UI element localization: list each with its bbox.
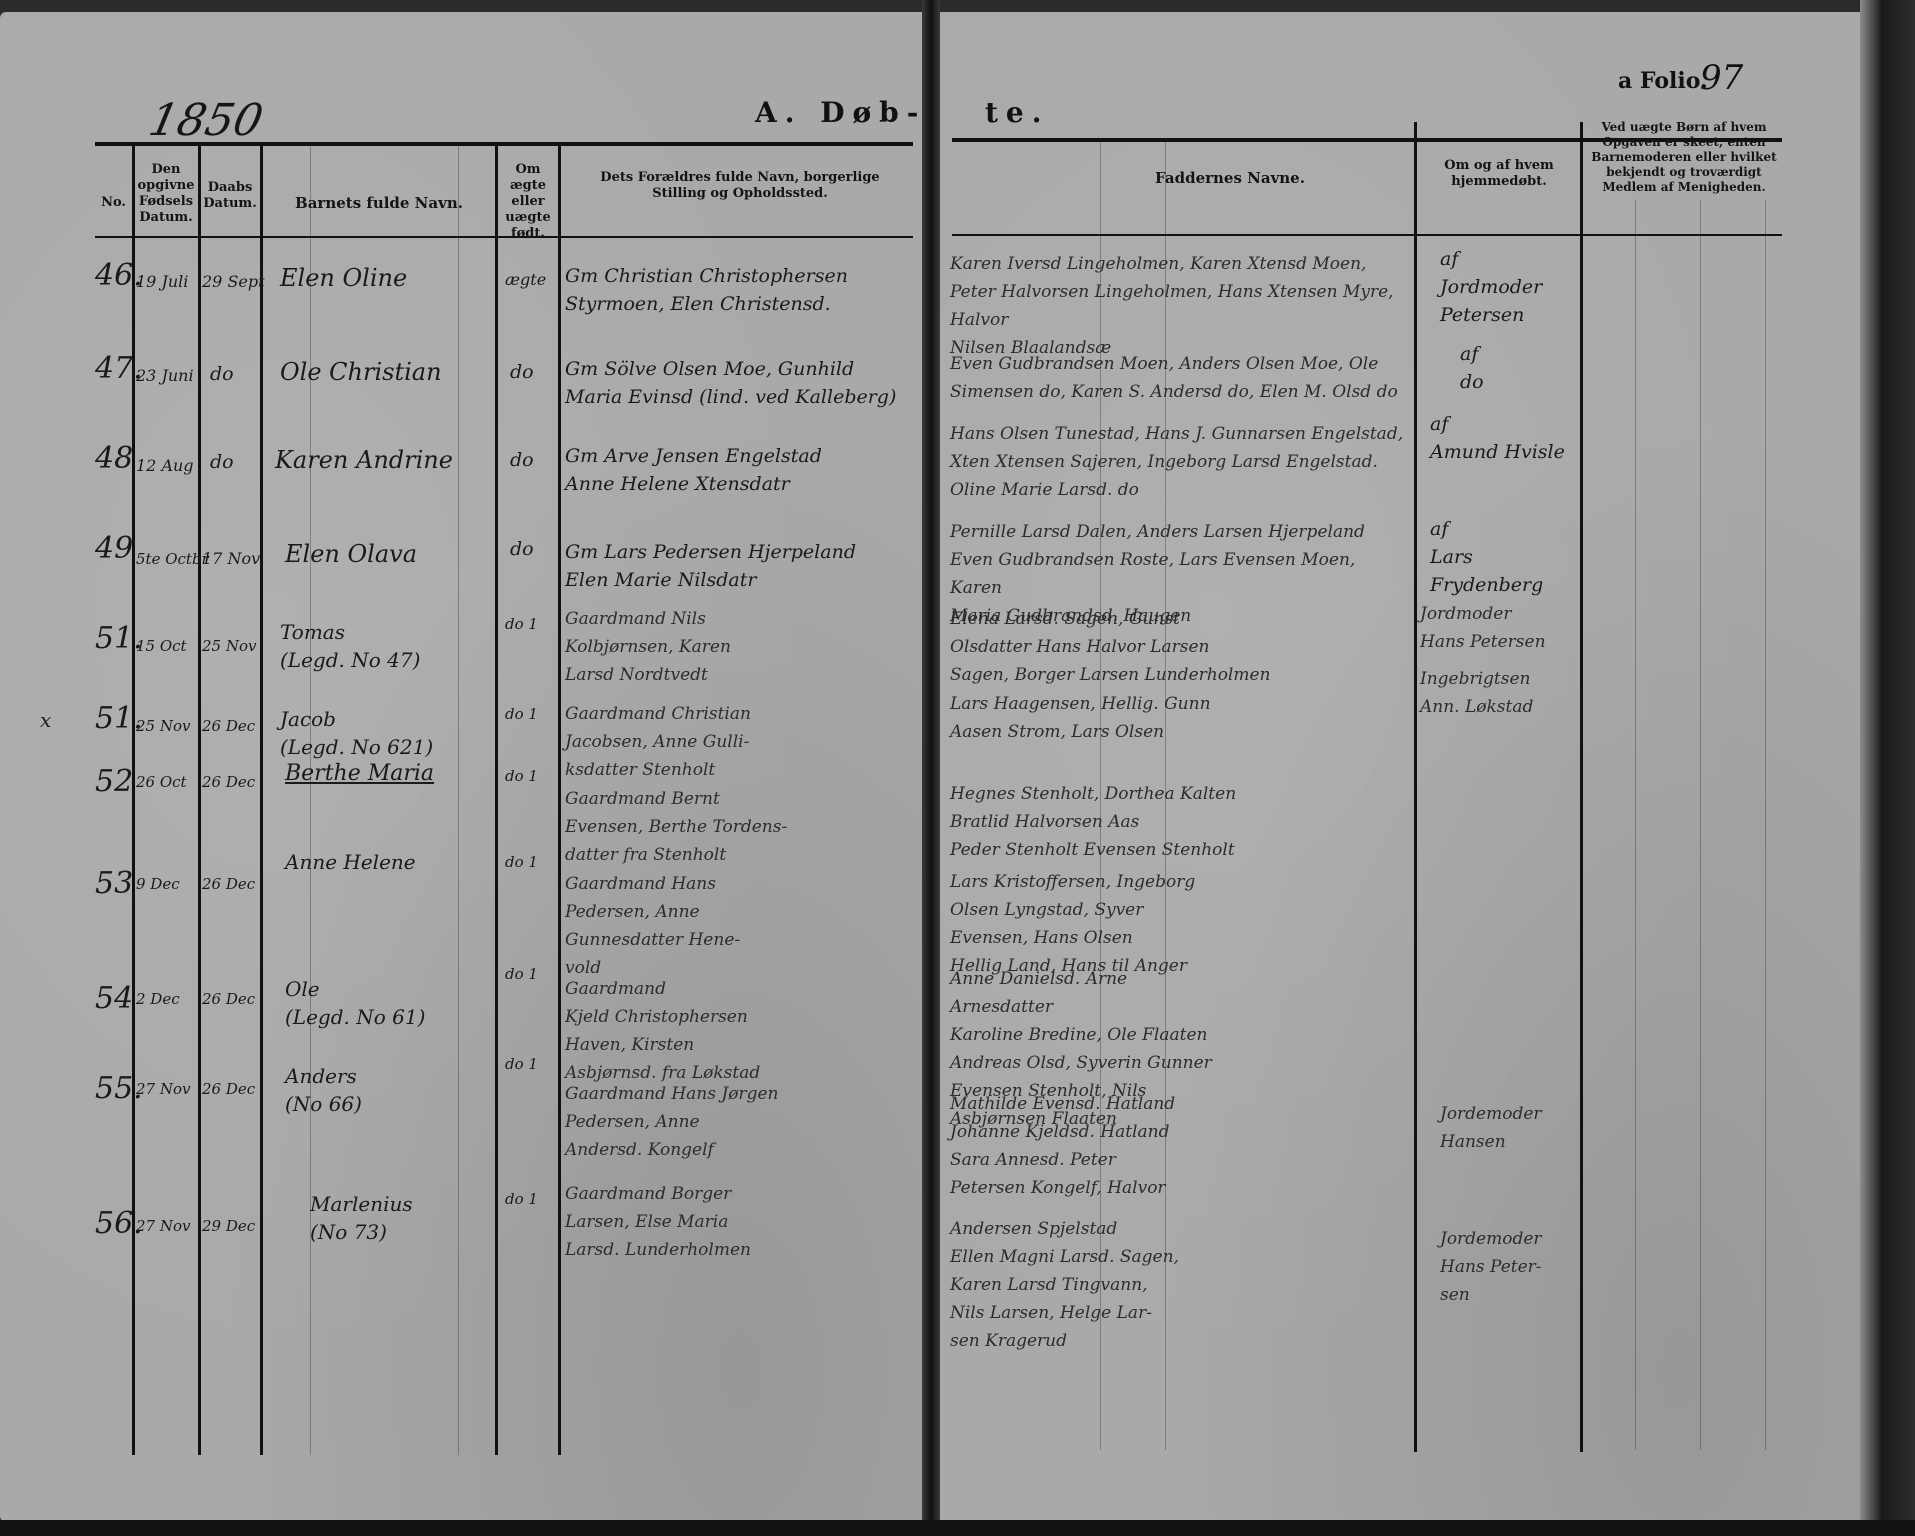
header-home-baptized: Om og af hvem hjemmedøbt. xyxy=(1420,158,1578,190)
header-child-name: Barnets fulde Navn. xyxy=(265,195,493,211)
section-title-right: te. xyxy=(985,96,1050,129)
entry-legitimacy: do 1 xyxy=(505,610,538,638)
entry-baptism-date: 26 Dec xyxy=(202,985,255,1013)
entry-home-baptized: Ingebrigtsen Ann. Løkstad xyxy=(1420,665,1580,721)
entry-home-baptized: af Amund Hvisle xyxy=(1430,410,1580,466)
entry-legitimacy: do xyxy=(510,535,534,563)
entry-number: 52 xyxy=(95,768,133,796)
entry-sponsors: Mathilde Evensd. Hatland Johanne Kjeldsd… xyxy=(950,1090,1410,1202)
header-baptism-date: Daabs Datum. xyxy=(202,180,258,212)
entry-child-name: Anne Helene xyxy=(285,848,416,876)
column-divider xyxy=(558,145,561,1455)
entry-baptism-date: 26 Dec xyxy=(202,712,255,740)
entry-baptism-date: 17 Nov xyxy=(202,545,260,573)
entry-sponsors: Karen Iversd Lingeholmen, Karen Xtensd M… xyxy=(950,250,1410,362)
entry-parents: Gaardmand Hans Pedersen, Anne Gunnesdatt… xyxy=(565,870,915,982)
book-gutter xyxy=(922,0,940,1536)
margin-mark: x xyxy=(40,708,51,732)
entry-baptism-date: 25 Nov xyxy=(202,632,257,660)
entry-birth-date: 19 Juli xyxy=(136,268,188,296)
entry-legitimacy: do 1 xyxy=(505,960,538,988)
entry-number: 53 xyxy=(95,870,133,898)
entry-birth-date: 27 Nov xyxy=(136,1075,191,1103)
entry-legitimacy: do 1 xyxy=(505,700,538,728)
entry-baptism-date: 29 Dec xyxy=(202,1212,255,1240)
folio-label: a Folio. xyxy=(1618,68,1708,94)
entry-child-name: Karen Andrine xyxy=(275,446,453,474)
faint-guide-line xyxy=(310,145,311,1455)
entry-birth-date: 5te Octbr xyxy=(136,545,209,573)
header-sponsors: Faddernes Navne. xyxy=(1080,170,1380,186)
entry-legitimacy: ægte xyxy=(505,266,546,294)
entry-child-name: Elen Olava xyxy=(285,540,417,568)
entry-birth-date: 26 Oct xyxy=(136,768,187,796)
entry-number: 54 xyxy=(95,985,133,1013)
entry-birth-date: 25 Nov xyxy=(136,712,191,740)
entry-baptism-date: 26 Dec xyxy=(202,1075,255,1103)
entry-legitimacy: do 1 xyxy=(505,762,538,790)
faint-guide-line xyxy=(1635,200,1636,1450)
header-parents: Dets Forældres fulde Navn, borgerlige St… xyxy=(575,170,905,202)
book-edge xyxy=(1860,0,1915,1536)
entry-child-name: Elen Oline xyxy=(280,264,407,292)
entry-parents: Gaardmand Kjeld Christophersen Haven, Ki… xyxy=(565,975,915,1087)
entry-parents: Gm Arve Jensen Engelstad Anne Helene Xte… xyxy=(565,442,915,498)
entry-birth-date: 2 Dec xyxy=(136,985,180,1013)
entry-legitimacy: do xyxy=(510,358,534,386)
column-divider xyxy=(1414,122,1417,1452)
entry-home-baptized: af do xyxy=(1460,340,1484,396)
entry-child-name: Ole Christian xyxy=(280,358,442,386)
entry-birth-date: 9 Dec xyxy=(136,870,180,898)
entry-birth-date: 12 Aug xyxy=(136,452,194,480)
entry-parents: Gaardmand Borger Larsen, Else Maria Lars… xyxy=(565,1180,915,1264)
column-divider xyxy=(1580,122,1583,1452)
entry-birth-date: 27 Nov xyxy=(136,1212,191,1240)
header-top-rule-left xyxy=(95,142,913,146)
entry-baptism-date: do xyxy=(210,448,234,476)
entry-parents: Gaardmand Bernt Evensen, Berthe Tordens-… xyxy=(565,785,915,869)
entry-legitimacy: do 1 xyxy=(505,1050,538,1078)
entry-sponsors: Andersen Spjelstad Ellen Magni Larsd. Sa… xyxy=(950,1215,1410,1355)
entry-parents: Gm Lars Pedersen Hjerpeland Elen Marie N… xyxy=(565,538,915,594)
faint-guide-line xyxy=(458,145,459,1455)
entry-sponsors: Elena Larsd. Sagen, Gunst Olsdatter Hans… xyxy=(950,605,1410,689)
entry-parents: Gaardmand Christian Jacobsen, Anne Gulli… xyxy=(565,700,915,784)
entry-home-baptized: Jordmoder Hans Petersen xyxy=(1420,600,1580,656)
entry-child-name: Anders (No 66) xyxy=(285,1062,362,1118)
entry-parents: Gm Christian Christophersen Styrmoen, El… xyxy=(565,262,915,318)
register-year: 1850 xyxy=(145,95,268,146)
column-divider xyxy=(132,145,135,1455)
entry-baptism-date: 26 Dec xyxy=(202,870,255,898)
entry-child-name: Ole (Legd. No 61) xyxy=(285,975,425,1031)
entry-parents: Gaardmand Nils Kolbjørnsen, Karen Larsd … xyxy=(565,605,915,689)
entry-child-name: Jacob (Legd. No 621) xyxy=(280,705,433,761)
column-divider xyxy=(260,145,263,1455)
entry-legitimacy: do xyxy=(510,446,534,474)
scan-bottom-edge xyxy=(0,1520,1915,1536)
entry-legitimacy: do 1 xyxy=(505,848,538,876)
entry-sponsors: Even Gudbrandsen Moen, Anders Olsen Moe,… xyxy=(950,350,1410,406)
entry-child-name: Tomas (Legd. No 47) xyxy=(280,618,420,674)
entry-parents: Gaardmand Hans Jørgen Pedersen, Anne And… xyxy=(565,1080,915,1164)
entry-home-baptized: af Jordmoder Petersen xyxy=(1440,245,1580,329)
entry-sponsors: Lars Kristoffersen, Ingeborg Olsen Lyngs… xyxy=(950,868,1410,980)
section-title-left: A. Døb- xyxy=(755,96,926,129)
entry-baptism-date: 26 Dec xyxy=(202,768,255,796)
folio-number: 97 xyxy=(1700,58,1743,98)
entry-sponsors: Hegnes Stenholt, Dorthea Kalten Bratlid … xyxy=(950,780,1410,864)
entry-parents: Gm Sölve Olsen Moe, Gunhild Maria Evinsd… xyxy=(565,355,915,411)
header-no: No. xyxy=(95,195,132,211)
faint-guide-line xyxy=(1700,200,1701,1450)
entry-baptism-date: 29 Sept xyxy=(202,268,265,296)
entry-sponsors: Hans Olsen Tunestad, Hans J. Gunnarsen E… xyxy=(950,420,1410,504)
faint-guide-line xyxy=(1765,200,1766,1450)
entry-number: 49 xyxy=(95,535,133,563)
entry-home-baptized: af Lars Frydenberg xyxy=(1430,515,1580,599)
entry-birth-date: 15 Oct xyxy=(136,632,187,660)
entry-home-baptized: Jordemoder Hansen xyxy=(1440,1100,1580,1156)
header-birth-date: Den opgivne Fødsels Datum. xyxy=(136,162,196,226)
entry-child-name: Marlenius (No 73) xyxy=(310,1190,413,1246)
entry-birth-date: 23 Juni xyxy=(136,362,194,390)
column-divider xyxy=(495,145,498,1455)
header-legitimacy: Om ægte eller uægte født. xyxy=(500,162,556,242)
entry-legitimacy: do 1 xyxy=(505,1185,538,1213)
entry-baptism-date: do xyxy=(210,360,234,388)
header-illegitimate-info: Ved uægte Børn af hvem Opgaven er skeet,… xyxy=(1586,120,1782,195)
entry-home-baptized: Jordemoder Hans Peter- sen xyxy=(1440,1225,1580,1309)
entry-child-name: Berthe Maria xyxy=(285,760,434,788)
header-bottom-rule-right xyxy=(952,234,1782,236)
entry-sponsors: Lars Haagensen, Hellig. Gunn Aasen Strom… xyxy=(950,690,1410,746)
entry-number: 48 xyxy=(95,445,133,473)
column-divider xyxy=(198,145,201,1455)
